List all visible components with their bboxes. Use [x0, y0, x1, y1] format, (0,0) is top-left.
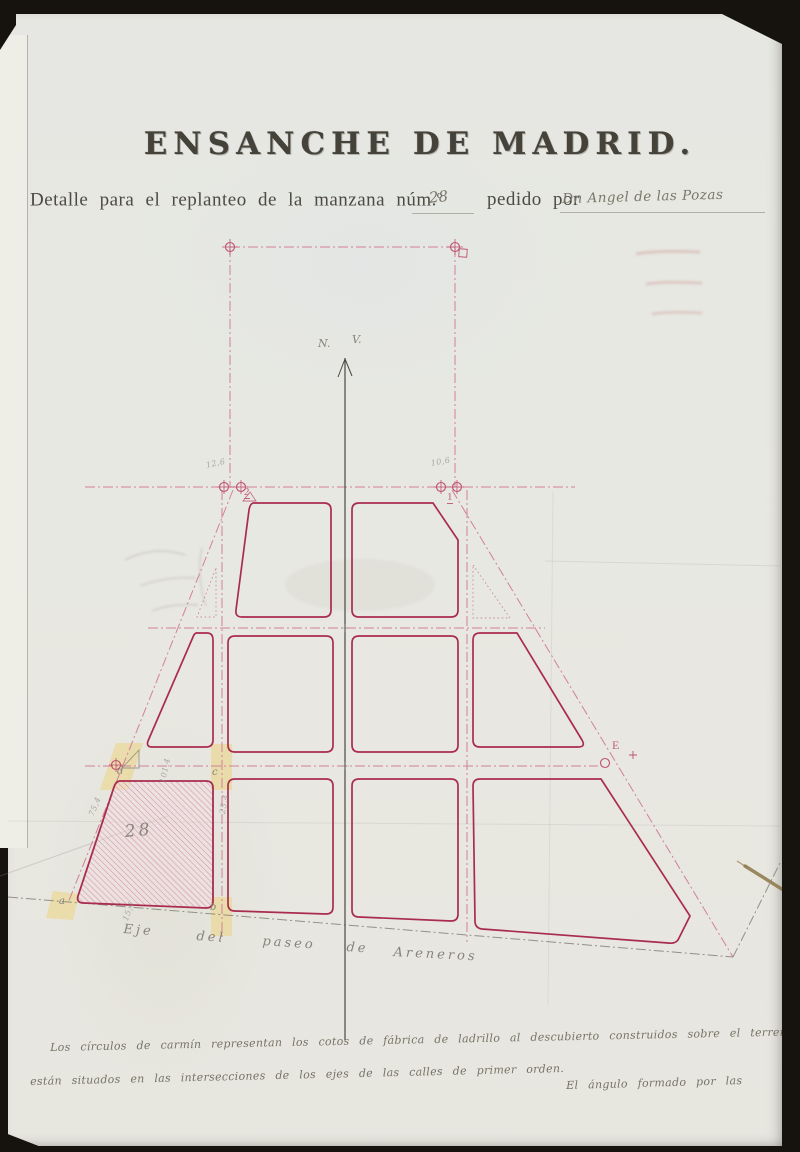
measure-above-point2: 12,6 — [205, 457, 226, 470]
text-layer: ENSANCHE DE MADRID. Detalle para el repl… — [0, 0, 800, 1152]
corner-letter-a: a — [59, 896, 65, 907]
measure-vertical-street: 25,4 — [218, 793, 230, 814]
number-underline — [412, 213, 474, 214]
name-underline — [560, 212, 765, 213]
measure-bottom: 15,4 — [121, 900, 136, 922]
corner-letter-d: d — [117, 766, 123, 777]
scanned-plan-page: ENSANCHE DE MADRID. Detalle para el repl… — [0, 0, 800, 1152]
scan-edge-right — [782, 0, 800, 1152]
street-word-de: de — [346, 940, 369, 956]
compass-north-label: N. — [318, 337, 330, 350]
street-word-areneros: Areneros — [393, 945, 478, 964]
corner-letter-c: c — [212, 767, 218, 778]
street-word-eje: Eje — [123, 922, 154, 939]
point-e-label: E — [612, 738, 619, 753]
scan-edge-bottom — [0, 1146, 800, 1152]
scan-edge-top — [0, 0, 800, 14]
subtitle-prefix: Detalle para el replanteo de la manzana … — [30, 189, 443, 211]
page-title: ENSANCHE DE MADRID. — [120, 126, 720, 162]
point-1-label: 1 — [447, 491, 453, 504]
note-line-1: Los círculos de carmín representan los c… — [50, 1024, 800, 1054]
compass-vertical-label: V. — [352, 333, 362, 346]
block-28-number: 28 — [124, 820, 153, 842]
corner-letter-b: b — [210, 902, 216, 913]
street-word-paseo: paseo — [262, 934, 316, 953]
measure-diagonal: 75,4 — [87, 796, 103, 818]
note-line-2a: están situados en las intersecciones de … — [30, 1062, 564, 1088]
note-line-2b: El ángulo formado por las — [566, 1074, 742, 1092]
point-2-label: 2 — [244, 486, 250, 499]
manzana-number-handwritten: 28 — [428, 187, 449, 207]
measure-street-length: 101,4 — [158, 757, 172, 784]
street-word-del: del — [196, 929, 226, 946]
requested-by-name: Dn Angel de las Pozas — [562, 187, 724, 207]
subtitle-prefix-text: Detalle para el replanteo de la manzana … — [30, 189, 437, 210]
measure-above-point1: 10,6 — [430, 456, 451, 468]
